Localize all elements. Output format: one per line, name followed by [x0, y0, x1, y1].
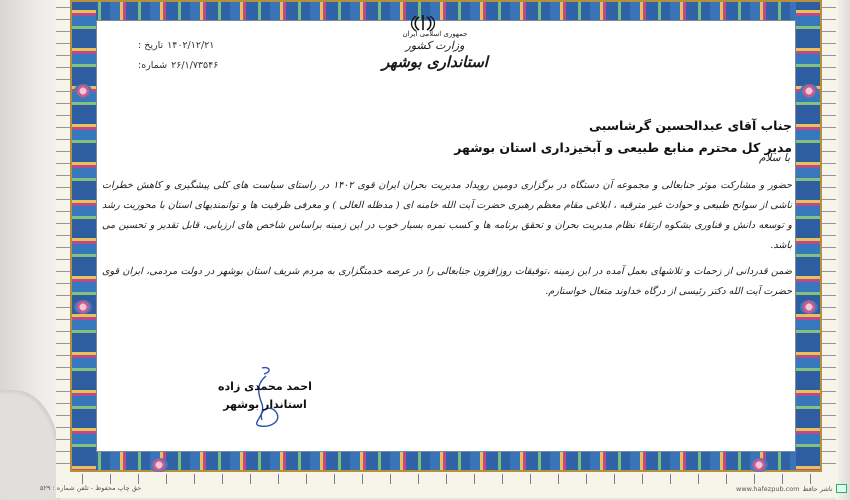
date-label: تاریخ :: [138, 36, 163, 56]
backdrop-right: [836, 0, 850, 500]
flower-medallion-icon: [74, 84, 92, 98]
footer-publisher: www.hafezpub.com ناشر حافظ: [736, 484, 847, 493]
letter-body: حضور و مشارکت موثر جنابعالی و مجموعه آن …: [102, 176, 792, 308]
addressee: جناب آقای عبدالحسین گرشاسبی مدیر کل محتر…: [272, 115, 792, 159]
date-row: تاریخ : ۱۴۰۲/۱۲/۲۱: [138, 36, 298, 56]
ornamental-frame-left: [70, 0, 96, 472]
signature-block: احمد محمدی زاده استاندار بوشهر: [200, 378, 330, 414]
publisher-logo-icon: [836, 484, 847, 493]
number-row: شماره: ۲۶/۱/۷۳۵۴۶: [138, 56, 298, 76]
greeting: با سلام: [759, 152, 790, 164]
decorative-ticks-right: [822, 0, 836, 470]
number-value: ۲۶/۱/۷۳۵۴۶: [171, 56, 218, 76]
letterhead-republic: جمهوری اسلامی ایران: [370, 30, 500, 39]
date-value: ۱۴۰۲/۱۲/۲۱: [167, 36, 214, 56]
body-paragraph: حضور و مشارکت موثر جنابعالی و مجموعه آن …: [102, 176, 792, 256]
letterhead-ministry: وزارت کشور: [370, 39, 500, 53]
ornamental-frame-right: [796, 0, 822, 472]
addressee-name: جناب آقای عبدالحسین گرشاسبی: [272, 115, 792, 137]
signatory-title: استاندار بوشهر: [200, 396, 330, 414]
footer-left-note: حق چاپ محفوظ - تلفن شماره : ۵۲۹: [40, 484, 141, 492]
addressee-title: مدیر کل محترم منابع طبیعی و آبخیزداری اس…: [272, 137, 792, 159]
decorative-ticks-left: [56, 0, 70, 470]
letter-meta: تاریخ : ۱۴۰۲/۱۲/۲۱ شماره: ۲۶/۱/۷۳۵۴۶: [138, 36, 298, 76]
signatory-name: احمد محمدی زاده: [200, 378, 330, 396]
body-paragraph: ضمن قدردانی از زحمات و تلاشهای بعمل آمده…: [102, 262, 792, 302]
letterhead: جمهوری اسلامی ایران وزارت کشور استانداری…: [370, 30, 500, 71]
letterhead-governorate: استانداری بوشهر: [370, 53, 500, 71]
flower-medallion-icon: [800, 300, 818, 314]
flower-medallion-icon: [750, 458, 768, 472]
footer-publisher-label: ناشر حافظ: [803, 485, 833, 493]
flower-medallion-icon: [74, 300, 92, 314]
flower-medallion-icon: [800, 84, 818, 98]
number-label: شماره:: [138, 56, 167, 76]
flower-medallion-icon: [150, 458, 168, 472]
footer-site: www.hafezpub.com: [736, 485, 800, 493]
decorative-ticks-bottom: [70, 474, 822, 484]
